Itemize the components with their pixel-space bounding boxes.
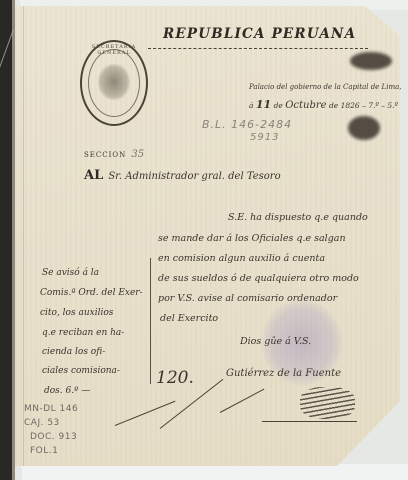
margin-note-line-7: dos. 6.º — — [44, 386, 90, 396]
pencil-annotation-line1: B.L. 146-2484 — [202, 118, 292, 131]
ink-blot-top — [350, 52, 392, 70]
underlying-page-bottom — [22, 464, 408, 480]
body-line-2: se mande dar á los Oficiales q.e salgan — [158, 233, 346, 244]
margin-note-line-3: cito, los auxilios — [40, 308, 113, 318]
section-number: 35 — [131, 149, 144, 160]
margin-bracket — [150, 258, 157, 384]
seal-text: SECRETARIA GENERAL — [82, 44, 146, 56]
date-mid: de — [274, 101, 283, 110]
letterhead-rule — [148, 48, 368, 49]
archive-mark-3: DOC. 913 — [30, 432, 77, 442]
signature-text: Gutiérrez de la Fuente — [226, 368, 341, 379]
body-line-3: en comision algun auxilio á cuenta — [158, 253, 325, 264]
official-seal-icon: SECRETARIA GENERAL — [80, 40, 148, 126]
folio-number: 120. — [156, 368, 194, 388]
body-line-4: de sus sueldos ó de qualquiera otro modo — [158, 273, 359, 284]
margin-note-line-6: ciales comisiona- — [42, 366, 120, 376]
archive-mark-4: FOL.1 — [30, 446, 58, 456]
archive-mark-1: MN-DL 146 — [24, 404, 78, 414]
body-line-6: del Exercito — [160, 313, 218, 324]
body-line-1: S.E. ha dispuesto q.e quando — [228, 212, 368, 223]
ink-blot-middle — [348, 116, 380, 140]
addressee-prefix: AL — [84, 168, 103, 183]
date-year: de 1826 – 7.º – 5.º — [329, 101, 398, 110]
margin-note-line-5: cienda los ofi- — [42, 347, 105, 357]
archive-mark-2: CAJ. 53 — [24, 418, 60, 428]
date-day: 11 — [256, 98, 271, 111]
addressee-text: Sr. Administrador gral. del Tesoro — [108, 171, 280, 182]
signature-underline — [262, 421, 357, 422]
section-label: SECCION — [84, 151, 126, 159]
date-prefix: á — [249, 101, 253, 110]
signature-name: Gutiérrez de la Fuente — [226, 368, 341, 379]
margin-note-line-2: Comis.ª Ord. del Exer- — [40, 288, 143, 298]
addressee-line: AL Sr. Administrador gral. del Tesoro — [84, 164, 281, 183]
signature-rubric-icon — [300, 387, 355, 419]
margin-note-line-4: q.e reciban en ha- — [42, 328, 124, 338]
margin-note-line-1: Se avisó á la — [42, 268, 99, 278]
date-month: Octubre — [285, 100, 326, 111]
section-label-group: SECCION 35 — [84, 142, 144, 161]
date-line: á 11 de Octubre de 1826 – 7.º – 5.º — [249, 98, 398, 111]
letterhead-title: REPUBLICA PERUANA — [163, 26, 356, 42]
pencil-annotation-line2: 5913 — [250, 132, 279, 143]
place-line: Palacio del gobierno de la Capital de Li… — [249, 83, 401, 91]
closing-line: Dios gûe á V.S. — [240, 336, 311, 347]
coat-of-arms-icon — [98, 64, 130, 100]
